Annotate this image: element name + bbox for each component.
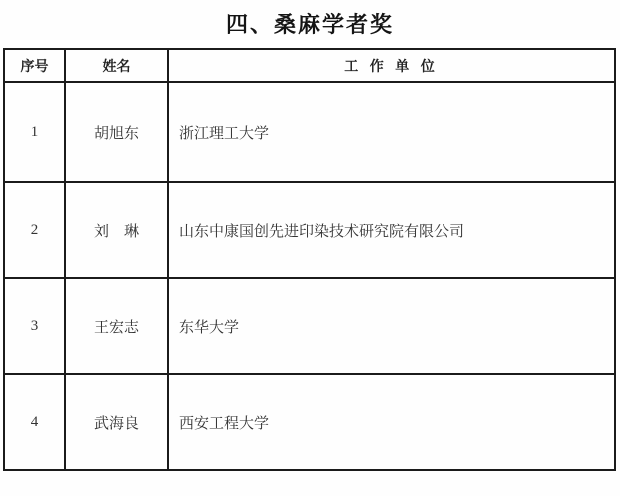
- name-cell: 王宏志: [65, 278, 168, 374]
- table-row: 2刘 琳山东中康国创先进印染技术研究院有限公司: [4, 182, 615, 278]
- document-page: 四、桑麻学者奖 序号 姓名 工 作 单 位 1胡旭东浙江理工大学2刘 琳山东中康…: [0, 0, 620, 496]
- column-header-no: 序号: [4, 49, 65, 82]
- row-number-cell: 1: [4, 82, 65, 182]
- row-number-cell: 4: [4, 374, 65, 470]
- table-row: 4武海良西安工程大学: [4, 374, 615, 470]
- name-cell: 胡旭东: [65, 82, 168, 182]
- table-row: 1胡旭东浙江理工大学: [4, 82, 615, 182]
- table-row: 3王宏志东华大学: [4, 278, 615, 374]
- name-cell: 武海良: [65, 374, 168, 470]
- row-number-cell: 3: [4, 278, 65, 374]
- column-header-unit: 工 作 单 位: [168, 49, 615, 82]
- work-unit-cell: 山东中康国创先进印染技术研究院有限公司: [168, 182, 615, 278]
- header-row: 序号 姓名 工 作 单 位: [4, 49, 615, 82]
- award-table: 序号 姓名 工 作 单 位 1胡旭东浙江理工大学2刘 琳山东中康国创先进印染技术…: [3, 48, 616, 471]
- work-unit-cell: 西安工程大学: [168, 374, 615, 470]
- column-header-name: 姓名: [65, 49, 168, 82]
- work-unit-cell: 东华大学: [168, 278, 615, 374]
- work-unit-cell: 浙江理工大学: [168, 82, 615, 182]
- name-cell: 刘 琳: [65, 182, 168, 278]
- page-title: 四、桑麻学者奖: [0, 8, 620, 39]
- table-body: 1胡旭东浙江理工大学2刘 琳山东中康国创先进印染技术研究院有限公司3王宏志东华大…: [4, 82, 615, 470]
- table-header: 序号 姓名 工 作 单 位: [4, 49, 615, 82]
- row-number-cell: 2: [4, 182, 65, 278]
